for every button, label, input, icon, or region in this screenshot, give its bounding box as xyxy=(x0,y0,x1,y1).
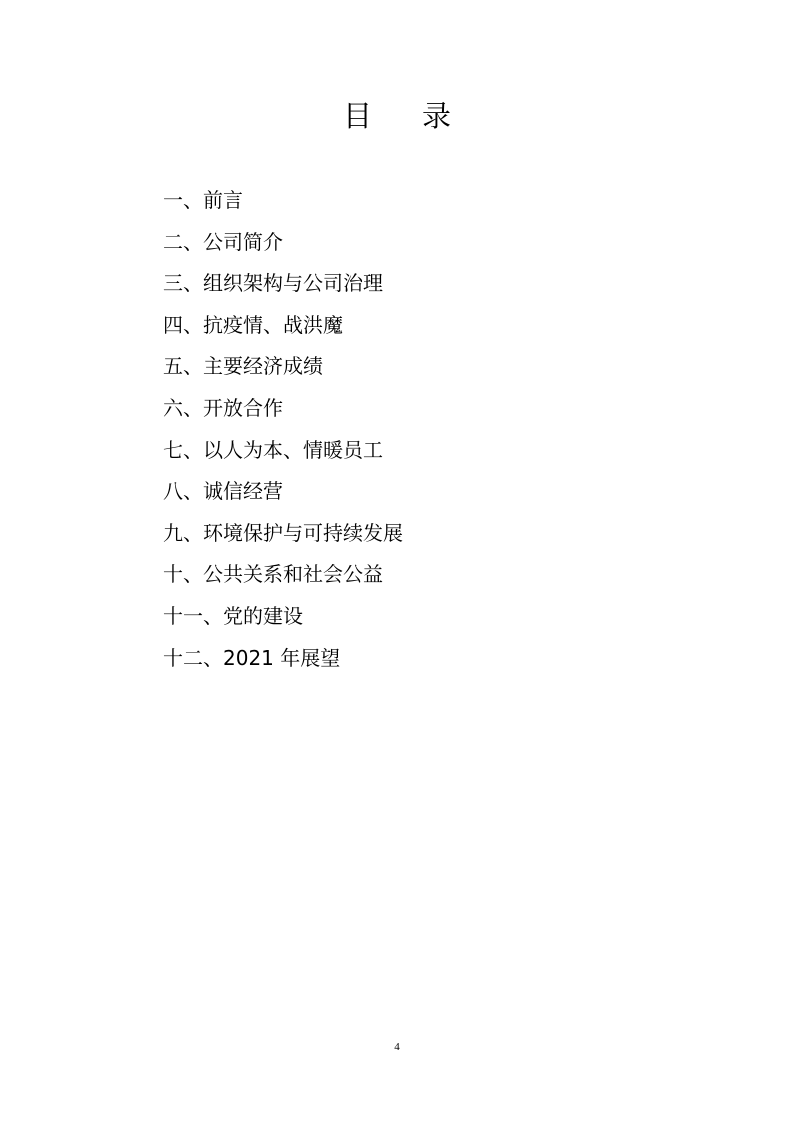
title-char-2: 录 xyxy=(422,96,451,136)
toc-item-label: 组织架构与公司治理 xyxy=(203,269,383,297)
toc-item-label: 前言 xyxy=(203,186,243,214)
toc-item-number: 五、 xyxy=(163,352,203,380)
toc-item-public-relations[interactable]: 十、公共关系和社会公益 xyxy=(163,560,403,602)
toc-item-company-profile[interactable]: 二、公司简介 xyxy=(163,228,403,270)
toc-item-label: 环境保护与可持续发展 xyxy=(203,519,403,547)
toc-item-organization-governance[interactable]: 三、组织架构与公司治理 xyxy=(163,269,403,311)
toc-item-number: 八、 xyxy=(163,477,203,505)
toc-item-label: 2021 年展望 xyxy=(223,644,340,672)
toc-item-preface[interactable]: 一、前言 xyxy=(163,186,403,228)
table-of-contents: 一、前言 二、公司简介 三、组织架构与公司治理 四、抗疫情、战洪魔 五、主要经济… xyxy=(163,186,403,685)
toc-item-epidemic-flood[interactable]: 四、抗疫情、战洪魔 xyxy=(163,311,403,353)
toc-item-open-cooperation[interactable]: 六、开放合作 xyxy=(163,394,403,436)
toc-item-label: 以人为本、情暖员工 xyxy=(203,436,383,464)
toc-item-label: 公共关系和社会公益 xyxy=(203,560,383,588)
toc-item-number: 十、 xyxy=(163,560,203,588)
toc-item-number: 三、 xyxy=(163,269,203,297)
toc-item-number: 四、 xyxy=(163,311,203,339)
toc-item-economic-results[interactable]: 五、主要经济成绩 xyxy=(163,352,403,394)
toc-item-2021-outlook[interactable]: 十二、2021 年展望 xyxy=(163,644,403,686)
page-number: 4 xyxy=(0,1040,794,1054)
toc-item-number: 二、 xyxy=(163,228,203,256)
toc-item-label: 诚信经营 xyxy=(203,477,283,505)
toc-item-number: 十二、 xyxy=(163,644,223,672)
toc-item-label: 主要经济成绩 xyxy=(203,352,323,380)
toc-item-number: 七、 xyxy=(163,436,203,464)
toc-item-label: 抗疫情、战洪魔 xyxy=(203,311,343,339)
toc-item-party-building[interactable]: 十一、党的建设 xyxy=(163,602,403,644)
toc-item-integrity-operation[interactable]: 八、诚信经营 xyxy=(163,477,403,519)
toc-item-label: 公司简介 xyxy=(203,228,283,256)
toc-item-label: 开放合作 xyxy=(203,394,283,422)
toc-item-environment-sustainability[interactable]: 九、环境保护与可持续发展 xyxy=(163,519,403,561)
document-page: 目录 一、前言 二、公司简介 三、组织架构与公司治理 四、抗疫情、战洪魔 五、主… xyxy=(0,0,794,1122)
title-char-1: 目 xyxy=(343,96,372,136)
toc-item-number: 一、 xyxy=(163,186,203,214)
toc-item-label: 党的建设 xyxy=(223,602,303,630)
page-title: 目录 xyxy=(0,96,794,136)
toc-item-number: 九、 xyxy=(163,519,203,547)
toc-item-people-oriented[interactable]: 七、以人为本、情暖员工 xyxy=(163,436,403,478)
toc-item-number: 十一、 xyxy=(163,602,223,630)
toc-item-number: 六、 xyxy=(163,394,203,422)
